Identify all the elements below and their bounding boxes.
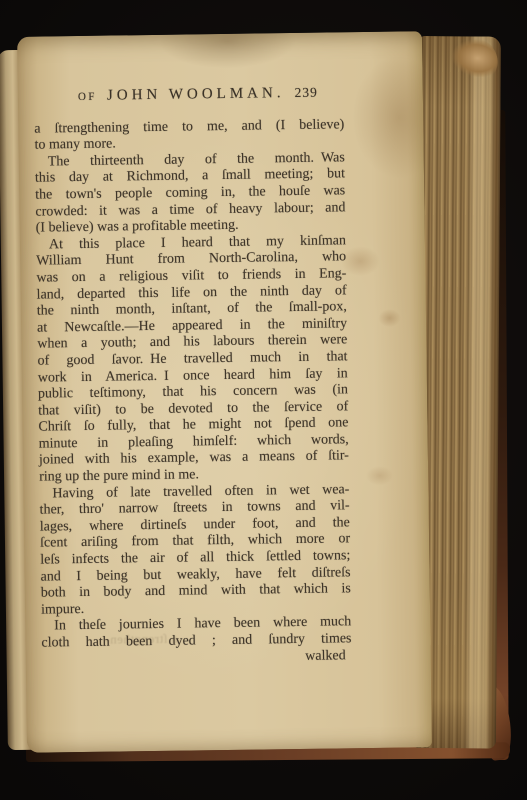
paragraph: Having of late travelled often in wet we… <box>39 482 351 619</box>
show-through-text: a ſtrengthen- <box>57 631 177 649</box>
paragraph: The thirteenth day of the month. Was thi… <box>35 150 346 237</box>
book-page: OFJOHN WOOLMAN.239 a ſtrengthening time … <box>17 31 432 753</box>
page-text: OFJOHN WOOLMAN.239 a ſtrengthening time … <box>34 84 352 668</box>
page-number: 239 <box>294 85 317 100</box>
paragraph: a ſtrengthening time to me, and (I belie… <box>34 117 344 155</box>
header-of-label: OF <box>78 91 97 103</box>
book-scan: OFJOHN WOOLMAN.239 a ſtrengthening time … <box>0 0 527 800</box>
paragraph: At this place I heard that my kinſman Wi… <box>36 233 349 486</box>
header-title: JOHN WOOLMAN. <box>107 85 285 103</box>
running-header: OFJOHN WOOLMAN.239 <box>58 84 338 106</box>
